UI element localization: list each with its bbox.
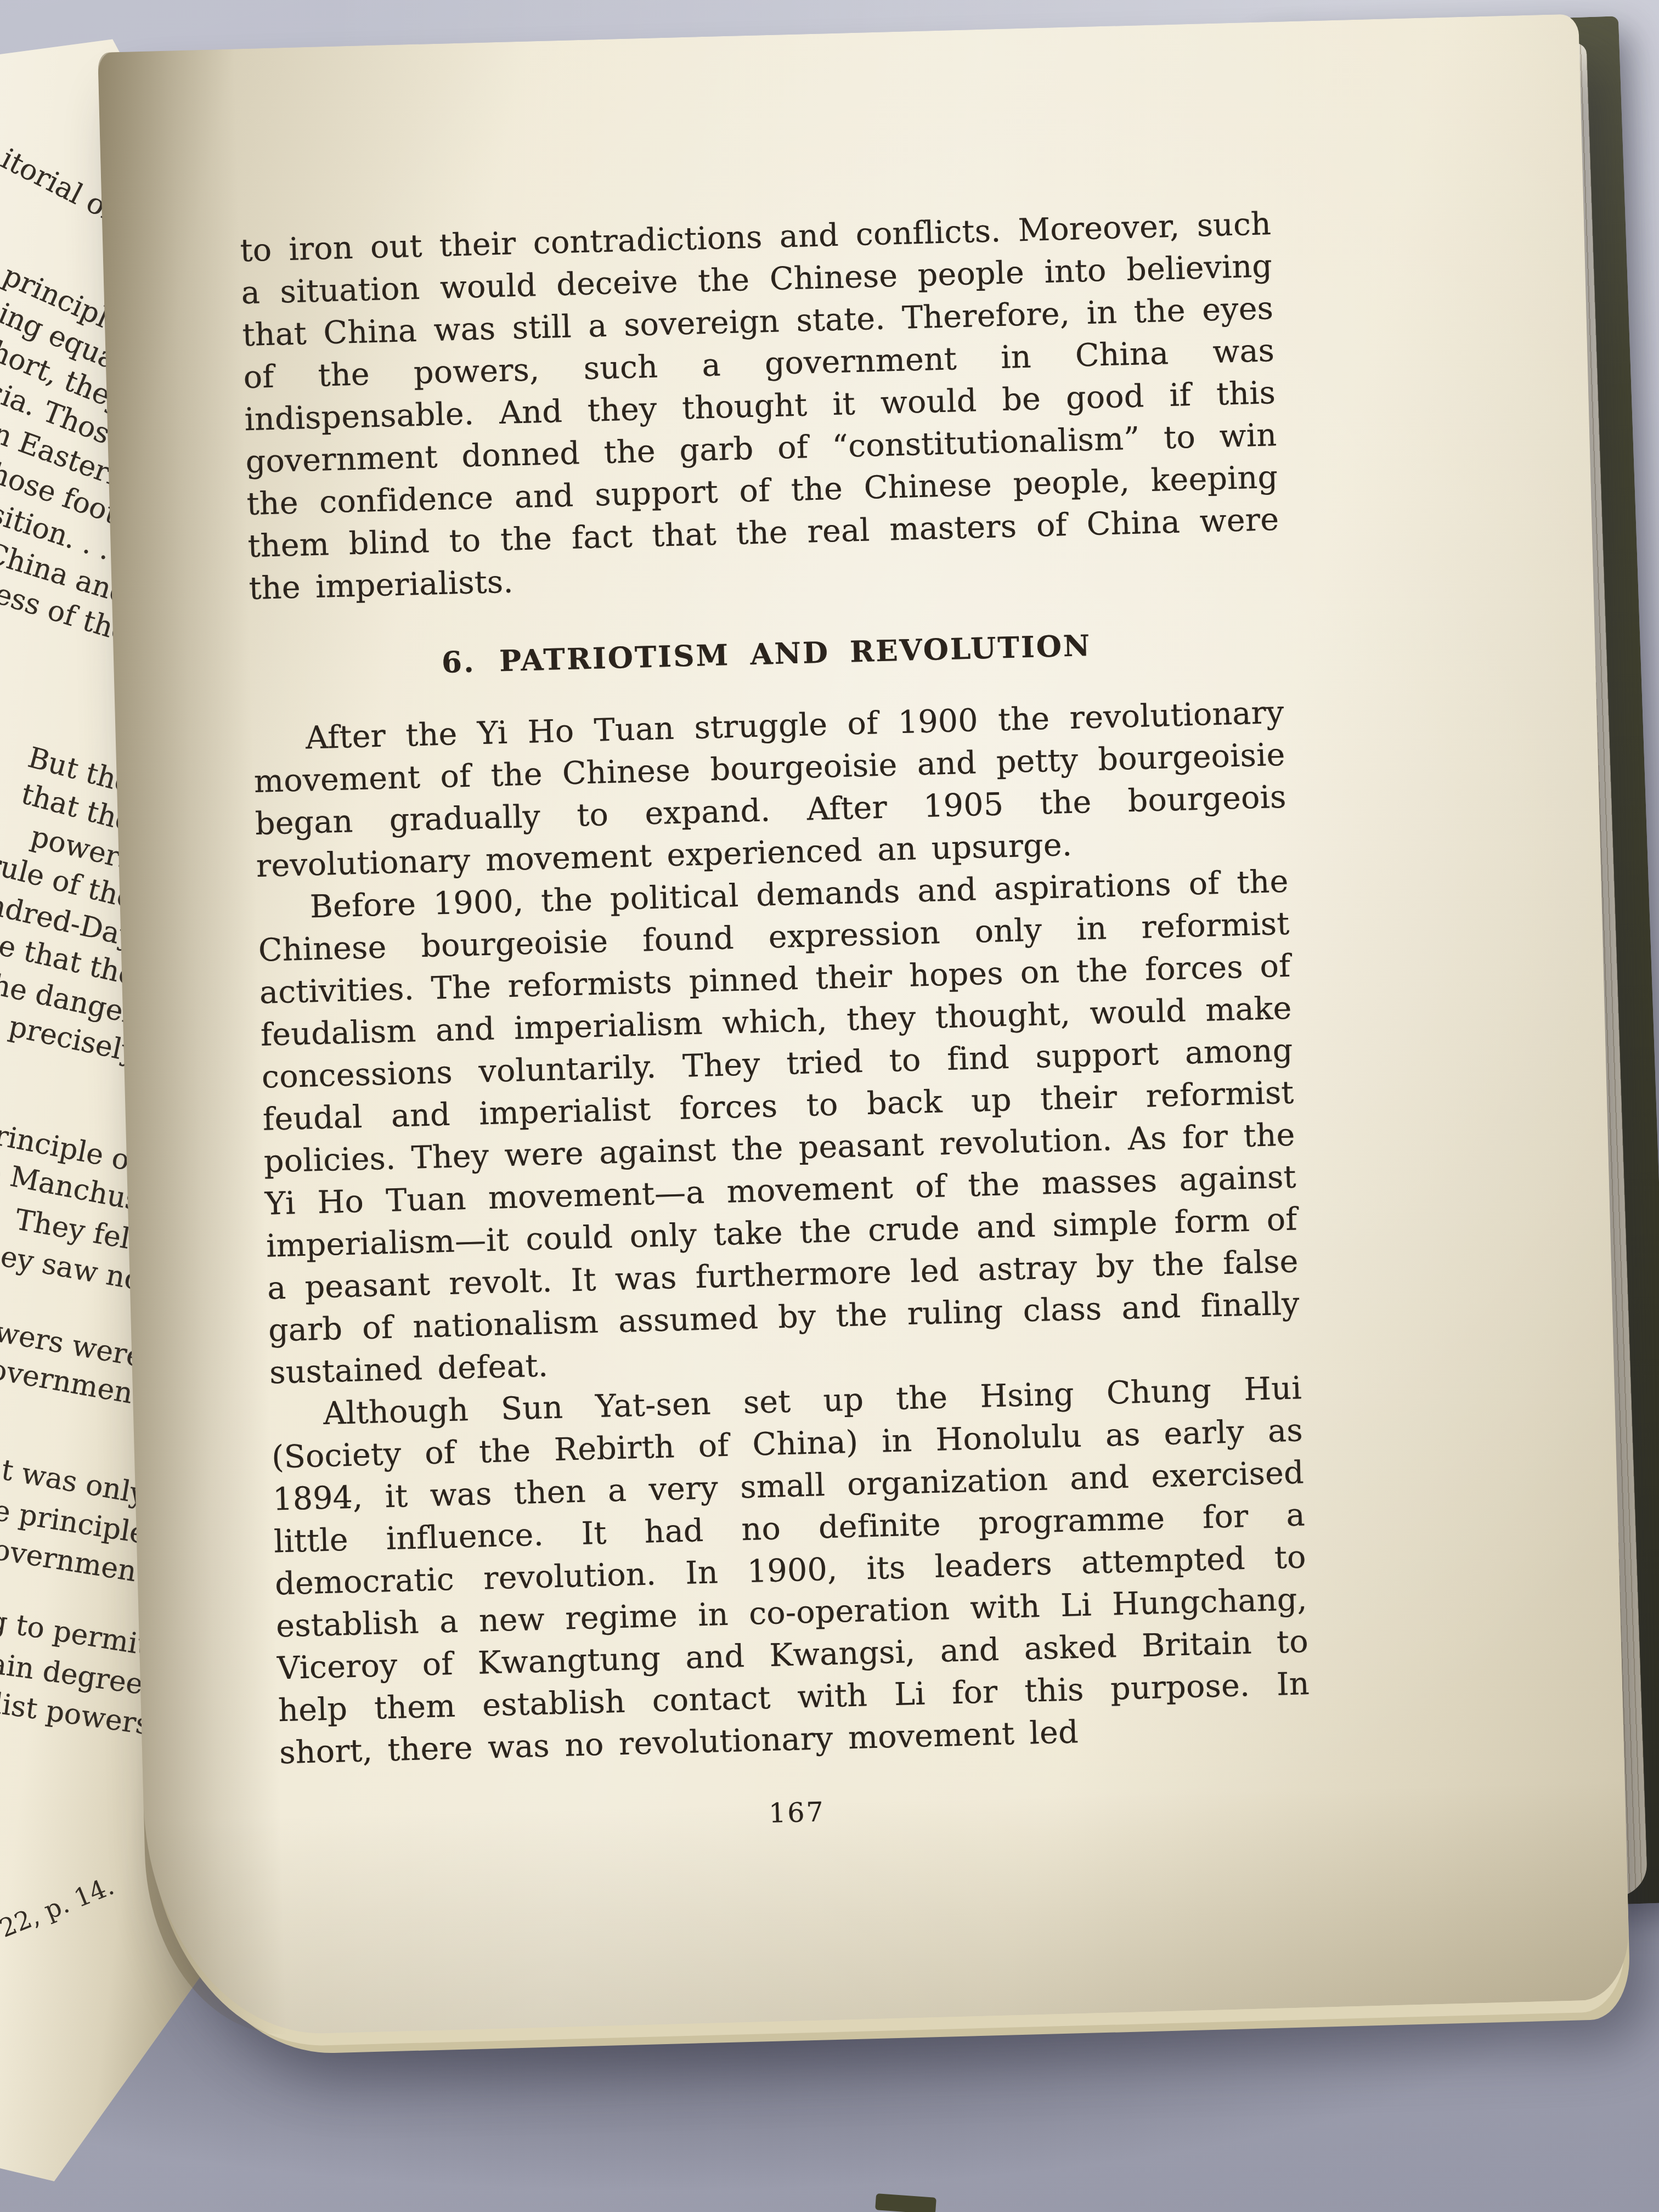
right-page: to iron out their contradictions and con… — [98, 14, 1630, 2038]
section-heading: 6.PATRIOTISM AND REVOLUTION — [251, 624, 1283, 685]
paragraph: Although Sun Yat-sen set up the Hsing Ch… — [270, 1367, 1311, 1774]
left-page-footnote: . 22, p. 14. — [0, 1871, 118, 1960]
paragraph: After the Yi Ho Tuan struggle of 1900 th… — [252, 692, 1288, 888]
book-photo: itorial one principlening equalshort, th… — [0, 0, 1659, 2212]
paragraph: to iron out their contradictions and con… — [240, 203, 1280, 610]
paragraph: Before 1900, the political demands and a… — [257, 861, 1301, 1395]
page-text-block: to iron out their contradictions and con… — [240, 203, 1313, 1842]
page-number: 167 — [281, 1784, 1313, 1842]
section-title: PATRIOTISM AND REVOLUTION — [499, 629, 1092, 678]
section-number: 6. — [441, 645, 476, 680]
